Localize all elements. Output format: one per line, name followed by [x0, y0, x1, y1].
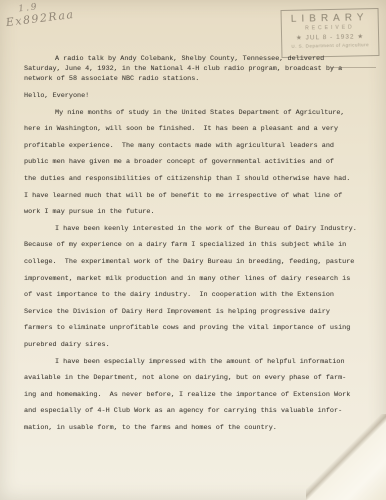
- scanned-document-page: 1.9 Ex892Raa LIBRARY RECEIVED ★ JUL 8 - …: [0, 0, 386, 500]
- text-line: college. The experimental work of the Da…: [24, 254, 372, 271]
- text-line: My nine months of study in the United St…: [24, 105, 372, 122]
- text-line: public men have given me a broader conce…: [24, 154, 372, 171]
- text-line: farmers to eliminate unprofitable cows a…: [24, 320, 372, 337]
- body-text: Hello, Everyone! My nine months of study…: [24, 88, 372, 436]
- text-line: here in Washington, will soon be finishe…: [24, 121, 372, 138]
- header-line: network of 58 associate NBC radio statio…: [24, 74, 372, 84]
- header-line: Saturday, June 4, 1932, in the National …: [24, 64, 372, 74]
- paragraph-1: My nine months of study in the United St…: [24, 105, 372, 221]
- header-line: A radio talk by Andy Colebank, Shelby Co…: [24, 54, 372, 64]
- salutation: Hello, Everyone!: [24, 88, 372, 105]
- text-line: I have been keenly interested in the wor…: [24, 221, 372, 238]
- text-line: profitable experience. The many contacts…: [24, 138, 372, 155]
- library-received-stamp: LIBRARY RECEIVED ★ JUL 8 - 1932 ★ U. S. …: [281, 8, 380, 58]
- text-line: the duties and responsibilities of citiz…: [24, 171, 372, 188]
- folded-page-corner: [306, 414, 386, 500]
- text-line: work I may pursue in the future.: [24, 204, 372, 221]
- text-line: ing and homemaking. As never before, I r…: [24, 387, 372, 404]
- text-line: Service the Division of Dairy Herd Impro…: [24, 304, 372, 321]
- stamp-agency-text: U. S. Department of Agriculture: [282, 42, 378, 49]
- paragraph-2: I have been keenly interested in the wor…: [24, 221, 372, 354]
- stamp-date-text: ★ JUL 8 - 1932 ★: [282, 32, 378, 42]
- text-line: I have learned much that will be of bene…: [24, 188, 372, 205]
- stamp-library-text: LIBRARY: [282, 12, 378, 25]
- pencil-note-line: Ex892Raa: [5, 9, 75, 28]
- text-line: purebred dairy sires.: [24, 337, 372, 354]
- text-line: Because of my experience on a dairy farm…: [24, 237, 372, 254]
- text-line: of vast importance to the dairy industry…: [24, 287, 372, 304]
- typewritten-text: A radio talk by Andy Colebank, Shelby Co…: [24, 54, 372, 436]
- text-line: I have been especially impressed with th…: [24, 354, 372, 371]
- text-line: available in the Department, not alone o…: [24, 370, 372, 387]
- pencil-catalog-note: 1.9 Ex892Raa: [4, 0, 75, 28]
- text-line: improvement, market milk production and …: [24, 271, 372, 288]
- header-paragraph: A radio talk by Andy Colebank, Shelby Co…: [24, 54, 372, 84]
- stamp-received-text: RECEIVED: [282, 24, 378, 32]
